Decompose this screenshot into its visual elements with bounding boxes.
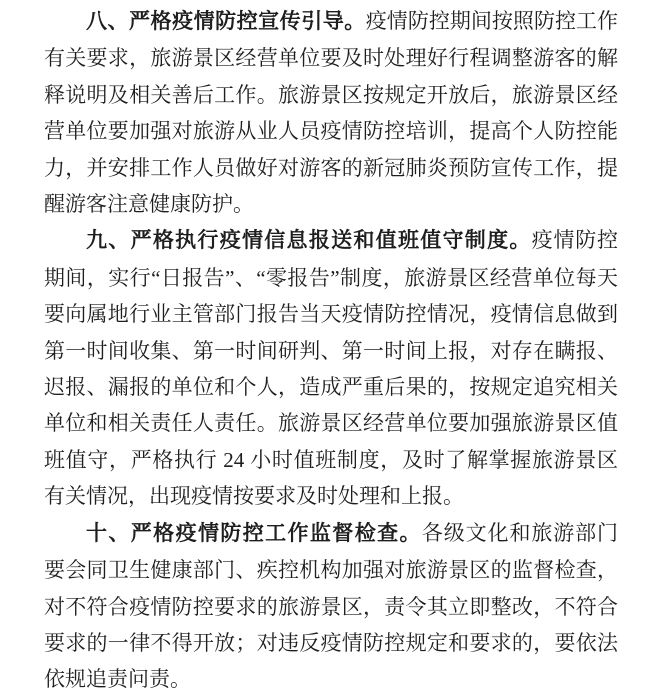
document-body: 八、严格疫情防控宣传引导。疫情防控期间按照防控工作有关要求，旅游景区经营单位要及… <box>0 0 661 693</box>
document-page: { "document": { "background_color": "#ff… <box>0 0 661 693</box>
paragraph-9-heading: 九、严格执行疫情信息报送和值班值守制度。 <box>86 229 532 252</box>
paragraph-section-8: 八、严格疫情防控宣传引导。疫情防控期间按照防控工作有关要求，旅游景区经营单位要及… <box>44 3 618 222</box>
paragraph-10-heading: 十、严格疫情防控工作监督检查。 <box>86 522 422 545</box>
paragraph-9-body: 疫情防控期间，实行“日报告”、“零报告”制度，旅游景区经营单位每天要向属地行业主… <box>44 228 618 508</box>
paragraph-8-heading: 八、严格疫情防控宣传引导。 <box>86 10 366 33</box>
paragraph-section-9: 九、严格执行疫情信息报送和值班值守制度。疫情防控期间，实行“日报告”、“零报告”… <box>44 222 618 514</box>
paragraph-section-10: 十、严格疫情防控工作监督检查。各级文化和旅游部门要会同卫生健康部门、疾控机构加强… <box>44 515 618 693</box>
paragraph-10-body: 各级文化和旅游部门要会同卫生健康部门、疾控机构加强对旅游景区的监督检查，对不符合… <box>44 521 618 692</box>
paragraph-8-body: 疫情防控期间按照防控工作有关要求，旅游景区经营单位要及时处理好行程调整游客的解释… <box>44 9 618 216</box>
